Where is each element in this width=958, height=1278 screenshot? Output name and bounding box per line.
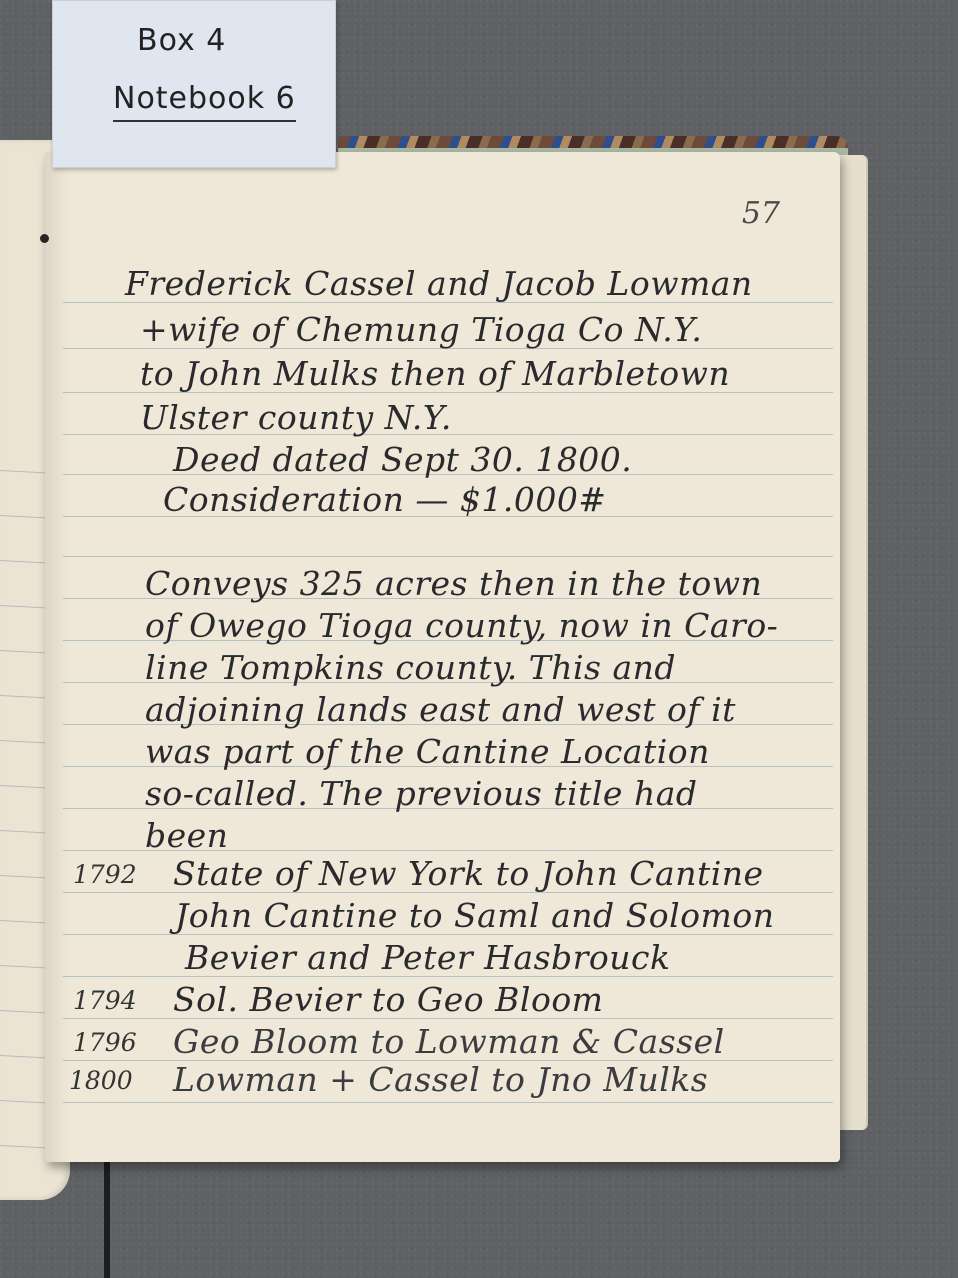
body-line: been — [145, 816, 228, 855]
heading-line: to John Mulks then of Marbletown — [140, 354, 730, 393]
title-year: 1796 — [73, 1028, 137, 1057]
body-line: line Tompkins county. This and — [145, 648, 676, 687]
page-number: 57 — [742, 196, 780, 231]
rule-line — [63, 556, 833, 557]
body-line: Conveys 325 acres then in the town — [145, 564, 762, 603]
title-entry: Lowman + Cassel to Jno Mulks — [173, 1060, 708, 1099]
binding-hole — [40, 234, 49, 243]
heading-line: +wife of Chemung Tioga Co N.Y. — [140, 310, 702, 349]
body-line: so-called. The previous title had — [145, 774, 698, 813]
heading-line: Ulster county N.Y. — [140, 398, 452, 437]
title-entry: Sol. Bevier to Geo Bloom — [173, 980, 603, 1019]
notebook-label: Notebook 6 — [113, 81, 296, 122]
title-entry: John Cantine to Saml and Solomon — [175, 896, 774, 935]
body-line: adjoining lands east and west of it — [145, 690, 736, 729]
deed-date: Deed dated Sept 30. 1800. — [173, 440, 632, 479]
deed-consideration: Consideration — $1.000# — [163, 480, 607, 519]
title-entry: Geo Bloom to Lowman & Cassel — [173, 1022, 725, 1061]
title-entry: Bevier and Peter Hasbrouck — [185, 938, 671, 977]
heading-line: Frederick Cassel and Jacob Lowman — [125, 264, 753, 303]
body-line: was part of the Cantine Location — [145, 732, 710, 771]
title-year: 1792 — [73, 860, 137, 889]
body-line: of Owego Tioga county, now in Caro- — [145, 606, 778, 645]
title-year: 1794 — [73, 986, 137, 1015]
box-label: Box 4 — [137, 23, 226, 58]
notebook-page: 57 Frederick Cassel and Jacob Lowman +wi… — [45, 152, 840, 1162]
title-year: 1800 — [69, 1066, 133, 1095]
archive-label-card: Box 4 Notebook 6 — [52, 0, 336, 168]
rule-line — [63, 1102, 833, 1103]
title-entry: State of New York to John Cantine — [173, 854, 764, 893]
